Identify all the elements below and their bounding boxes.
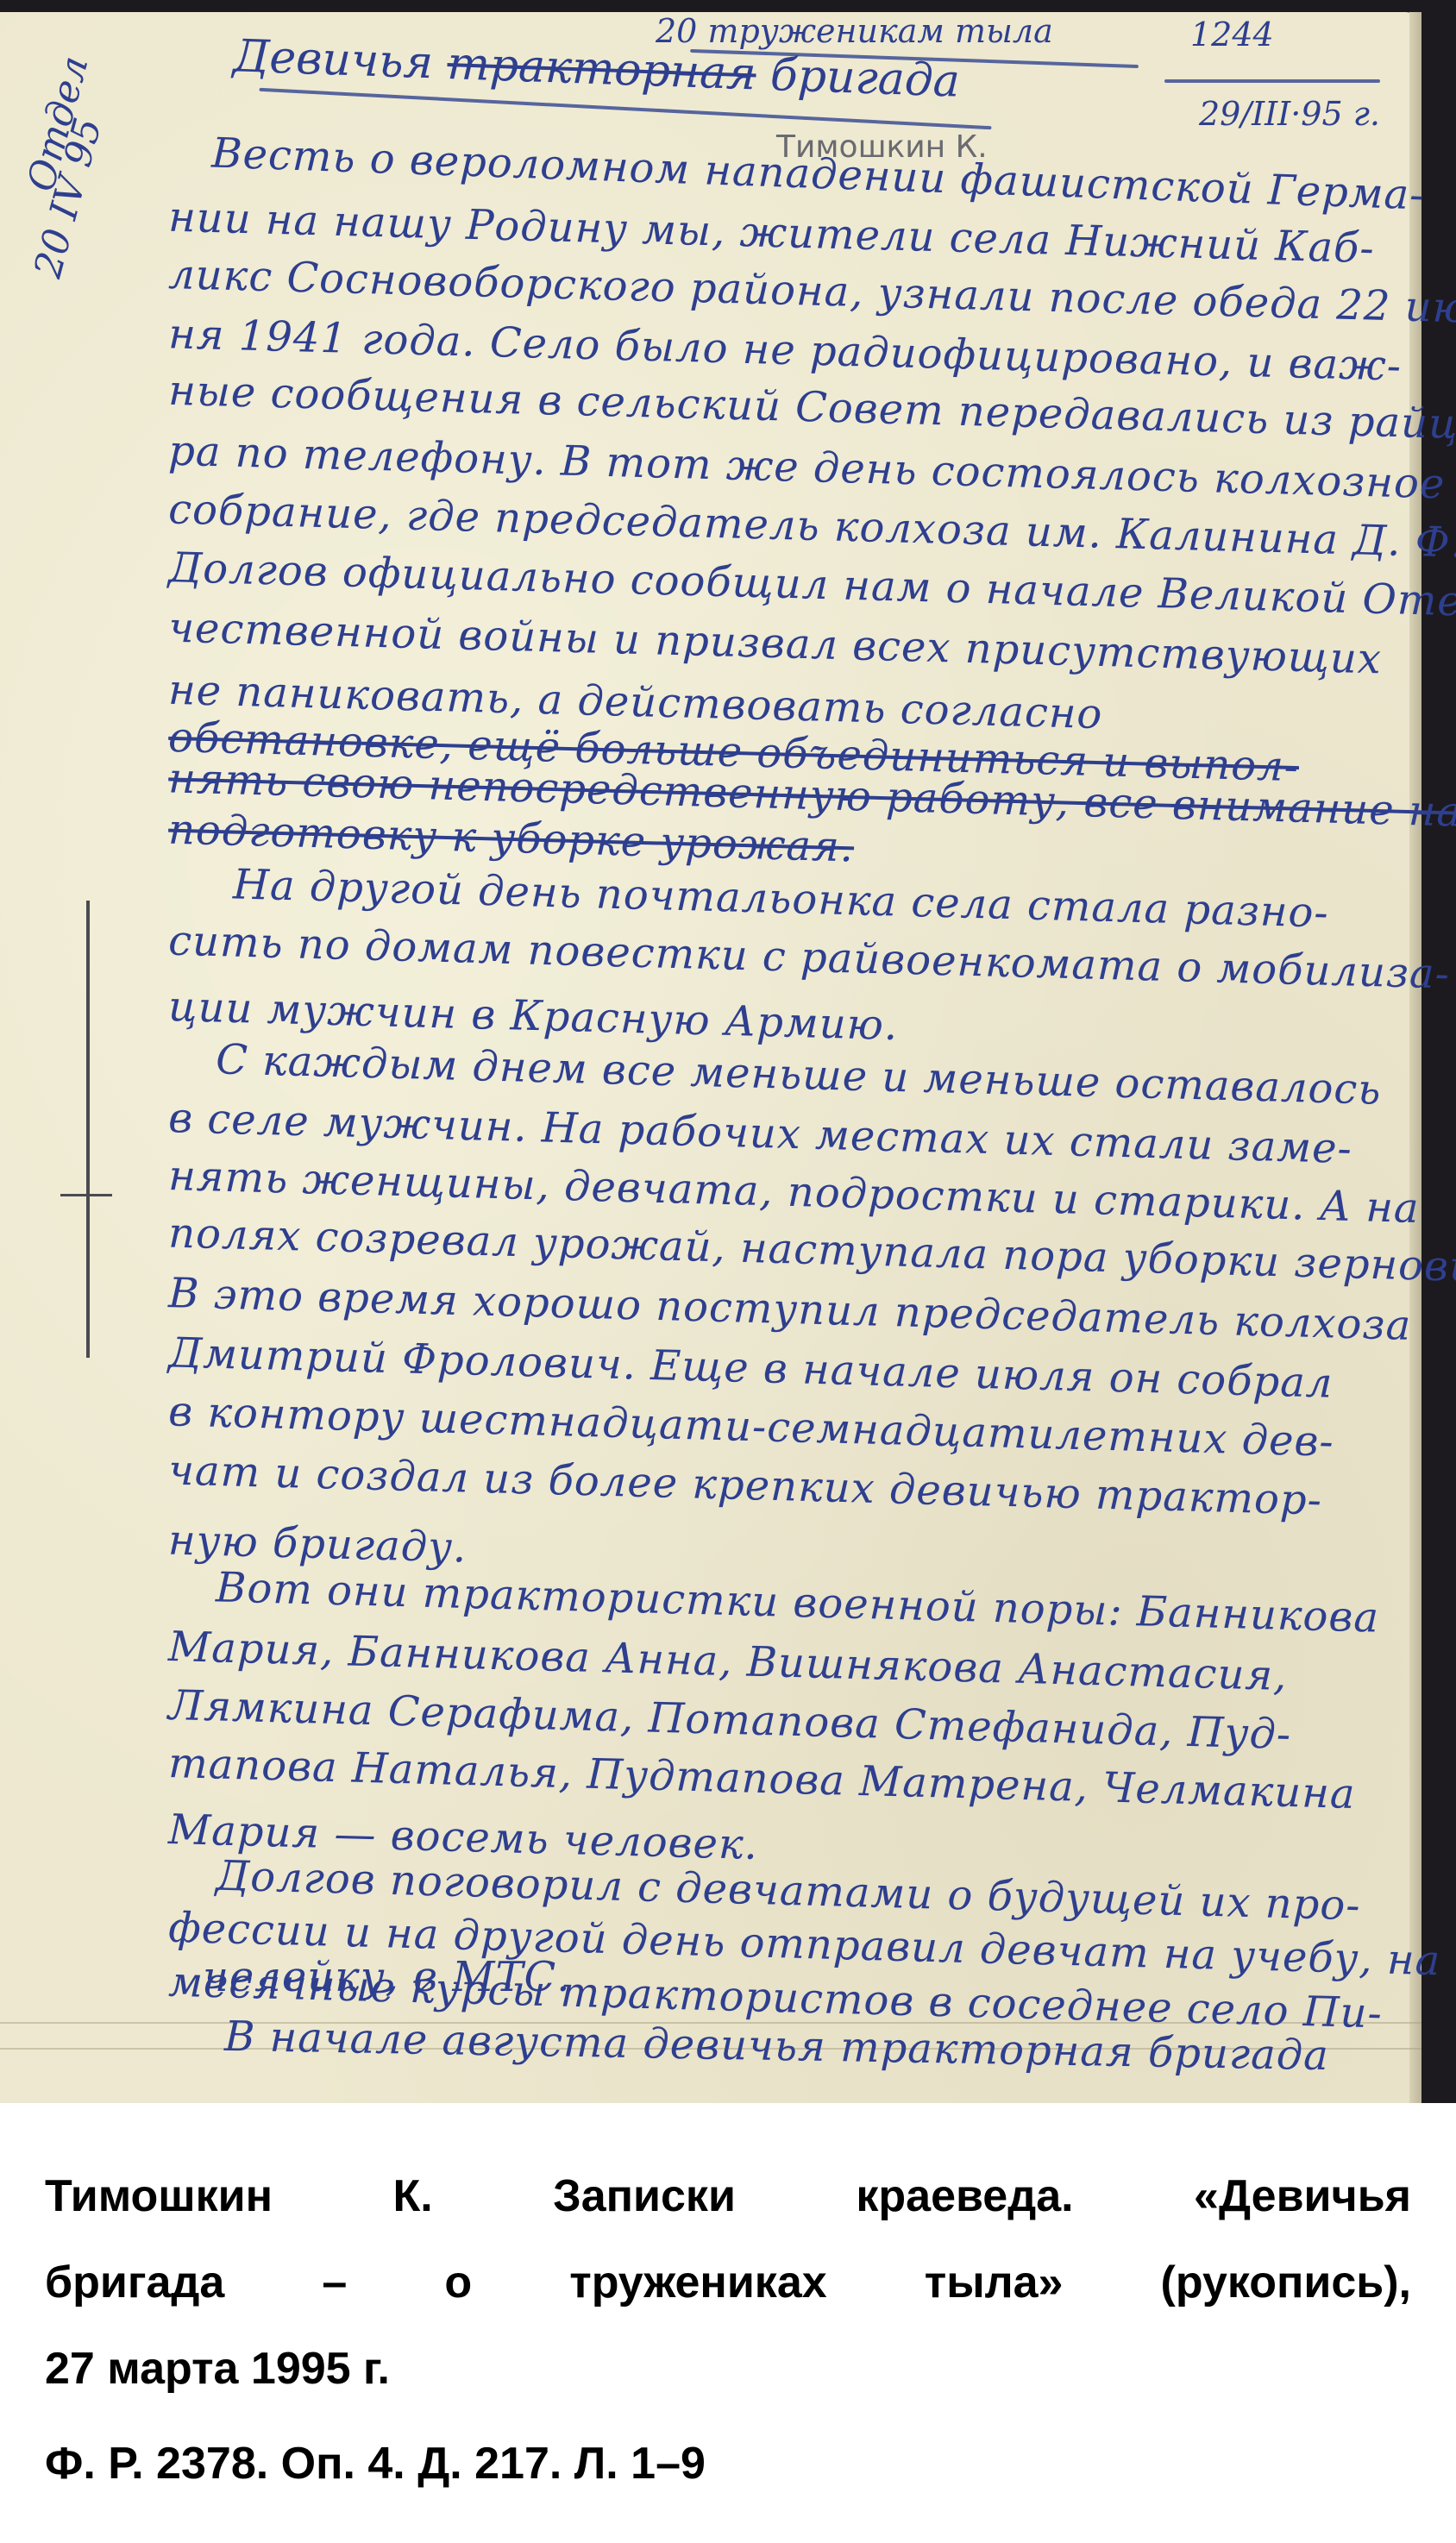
margin-tick-mark bbox=[60, 1194, 112, 1196]
archive-reference: Ф. Р. 2378. Оп. 4. Д. 217. Л. 1–9 bbox=[45, 2441, 706, 2486]
manuscript-scan: 20 труженикам тыла 1244 Девичья тракторн… bbox=[0, 0, 1456, 2103]
caption-line-3: 27 марта 1995 г. bbox=[45, 2346, 390, 2391]
title-prefix: Девичья bbox=[232, 30, 434, 89]
title-suffix: бригада bbox=[769, 49, 961, 108]
text-line: ную бригаду. bbox=[167, 1516, 468, 1572]
title-struck-word: тракторная bbox=[446, 38, 756, 100]
record-number-underline bbox=[1164, 79, 1380, 83]
caption-line-2: бригада – о тружениках тыла» (рукопись), bbox=[45, 2260, 1411, 2305]
record-number: 1244 bbox=[1190, 16, 1274, 53]
subtitle: 20 труженикам тыла bbox=[656, 12, 1053, 50]
caption-line-1: Тимошкин К. Записки краеведа. «Девичья bbox=[45, 2174, 1411, 2219]
margin-vertical-mark bbox=[86, 901, 90, 1358]
text-line: челейку, в МТС. bbox=[203, 1953, 571, 2001]
manuscript-page: 20 труженикам тыла 1244 Девичья тракторн… bbox=[0, 12, 1421, 2103]
document-date: 29/III·95 г. bbox=[1199, 95, 1380, 133]
